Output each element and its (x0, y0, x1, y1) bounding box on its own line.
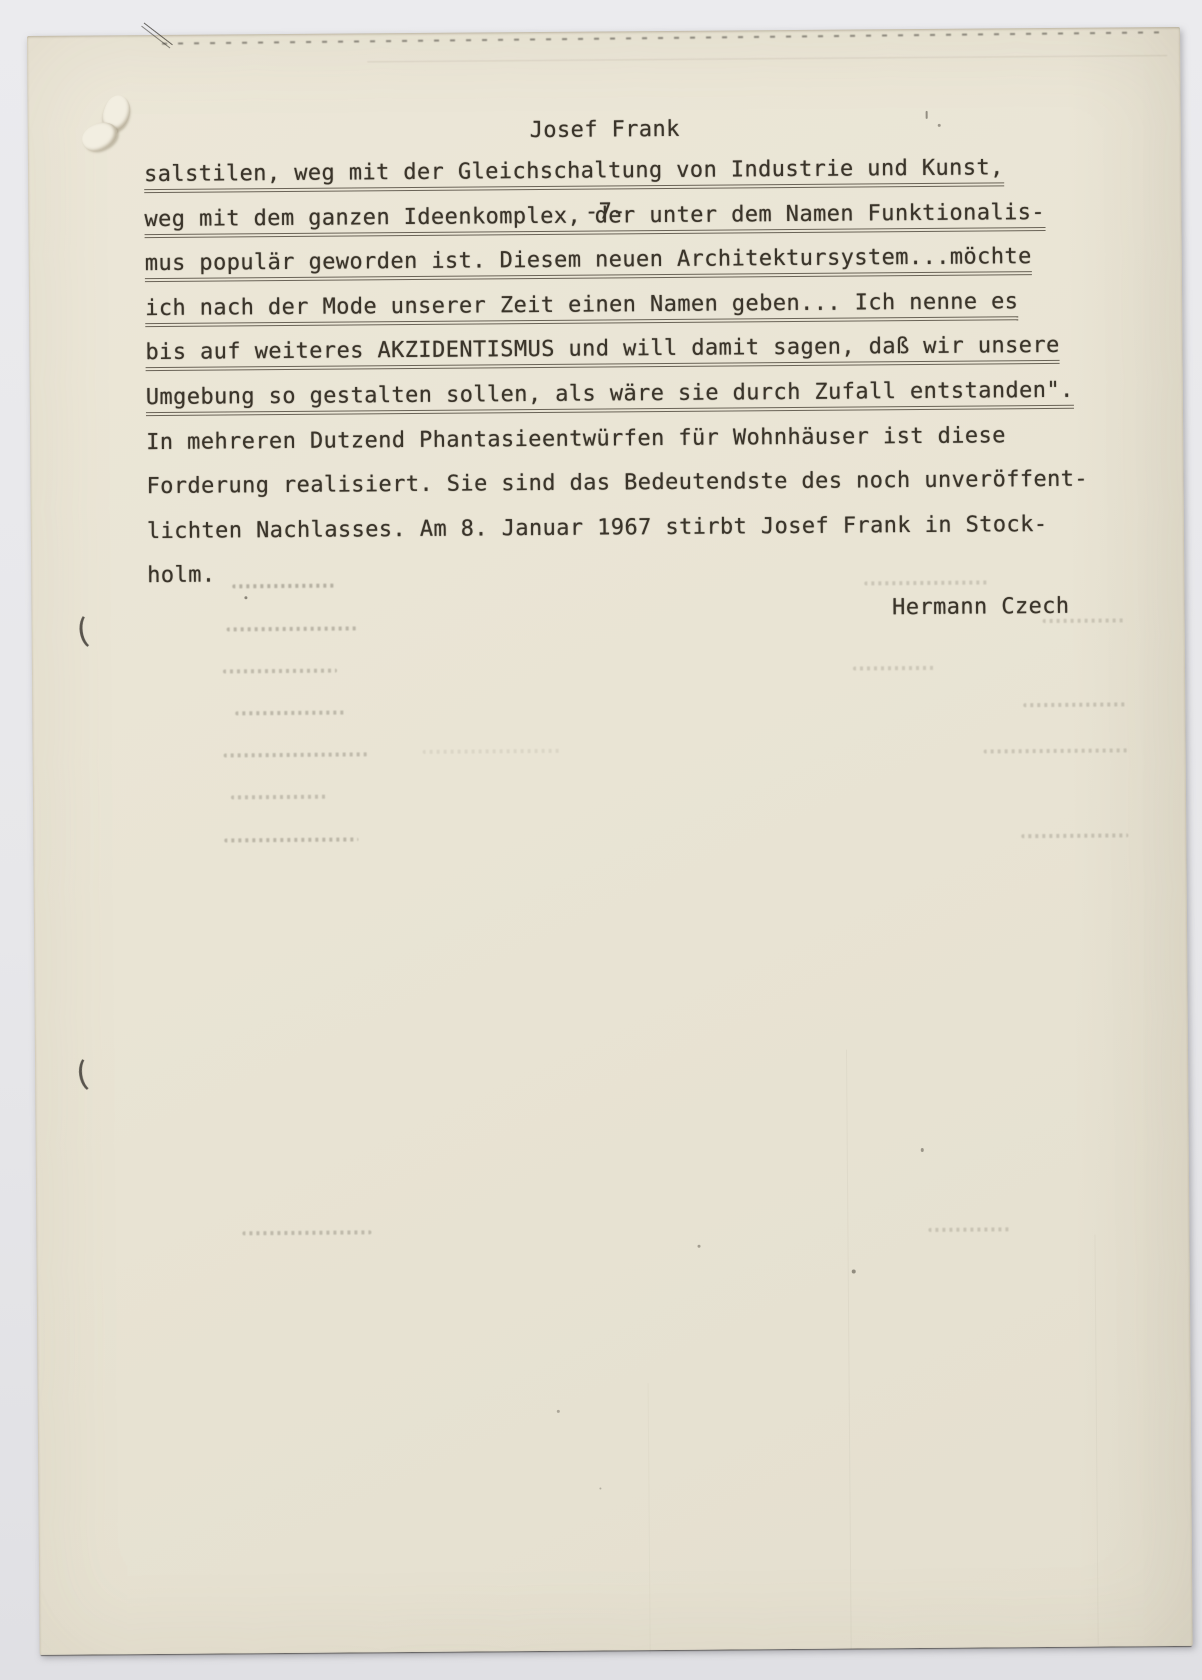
typewritten-line: weg mit dem ganzen Ideenkomplex, der unt… (144, 200, 1045, 233)
ink-smudge (231, 795, 328, 800)
ink-smudge (1021, 833, 1128, 838)
paper-sheet: Josef Frank -7- salstilen, weg mit der G… (27, 27, 1193, 1655)
typewritten-line: In mehreren Dutzend Phantasieentwürfen f… (146, 423, 1006, 456)
ink-speck (557, 1410, 560, 1413)
ink-speck (921, 1148, 924, 1152)
typewritten-line: Forderung realisiert. Sie sind das Bedeu… (146, 467, 1088, 500)
typewritten-line: holm. (147, 563, 215, 589)
ink-speck (599, 1488, 601, 1490)
typewritten-line: ich nach der Mode unserer Zeit einen Nam… (145, 289, 1018, 322)
ink-speck (926, 111, 928, 119)
ink-smudge (853, 666, 937, 671)
typewritten-line: lichten Nachlasses. Am 8. Januar 1967 st… (147, 512, 1048, 545)
ink-speck (852, 1270, 856, 1274)
ink-speck (698, 1245, 701, 1248)
ink-smudge (1023, 702, 1127, 707)
typewritten-line: salstilen, weg mit der Gleichschaltung v… (144, 155, 1004, 188)
ink-smudge (232, 584, 334, 589)
ink-speck (244, 596, 247, 599)
ink-smudge (1043, 618, 1127, 623)
scanned-document: Josef Frank -7- salstilen, weg mit der G… (0, 0, 1202, 1680)
typewritten-line: Umgebung so gestalten sollen, als wäre s… (146, 378, 1074, 411)
ink-speck (938, 124, 941, 127)
ink-smudge (928, 1227, 1012, 1232)
document-body: salstilen, weg mit der Gleichschaltung v… (27, 27, 1193, 1655)
typewritten-line: mus populär geworden ist. Diesem neuen A… (145, 244, 1032, 277)
typewritten-line: bis auf weiteres AKZIDENTISMUS und will … (145, 333, 1059, 366)
